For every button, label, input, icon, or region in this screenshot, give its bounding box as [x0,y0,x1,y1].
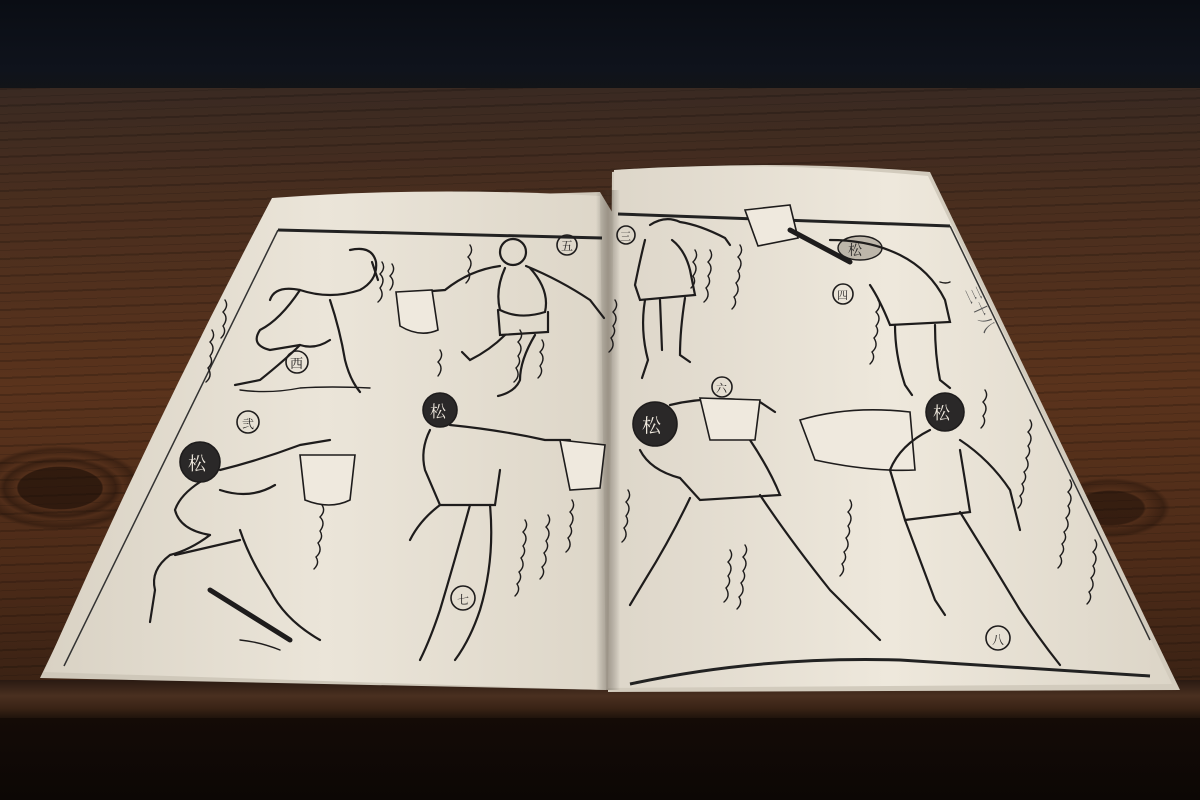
svg-text:五: 五 [561,239,573,253]
svg-text:松: 松 [188,454,207,475]
folding-fan-icon [800,410,915,471]
folding-fan-icon [396,290,438,333]
svg-text:七: 七 [457,592,469,607]
svg-text:松: 松 [933,404,951,424]
svg-text:八: 八 [992,633,1004,647]
crest-icon: 松 [423,393,457,427]
open-book: 三十八 西 [0,0,1200,800]
crest-icon: 松 [633,402,677,446]
svg-text:松: 松 [848,242,863,259]
svg-text:弐: 弐 [242,416,254,431]
svg-text:四: 四 [837,289,848,302]
svg-text:西: 西 [290,357,303,372]
crest-icon: 松 [180,442,220,482]
folding-fan-icon [300,455,355,505]
svg-text:六: 六 [716,382,728,395]
svg-text:三: 三 [620,230,631,243]
crest-icon: 松 [926,393,964,431]
svg-text:松: 松 [430,402,447,421]
book-gutter [596,190,620,690]
svg-text:松: 松 [642,415,662,437]
folding-fan-icon [700,398,760,440]
